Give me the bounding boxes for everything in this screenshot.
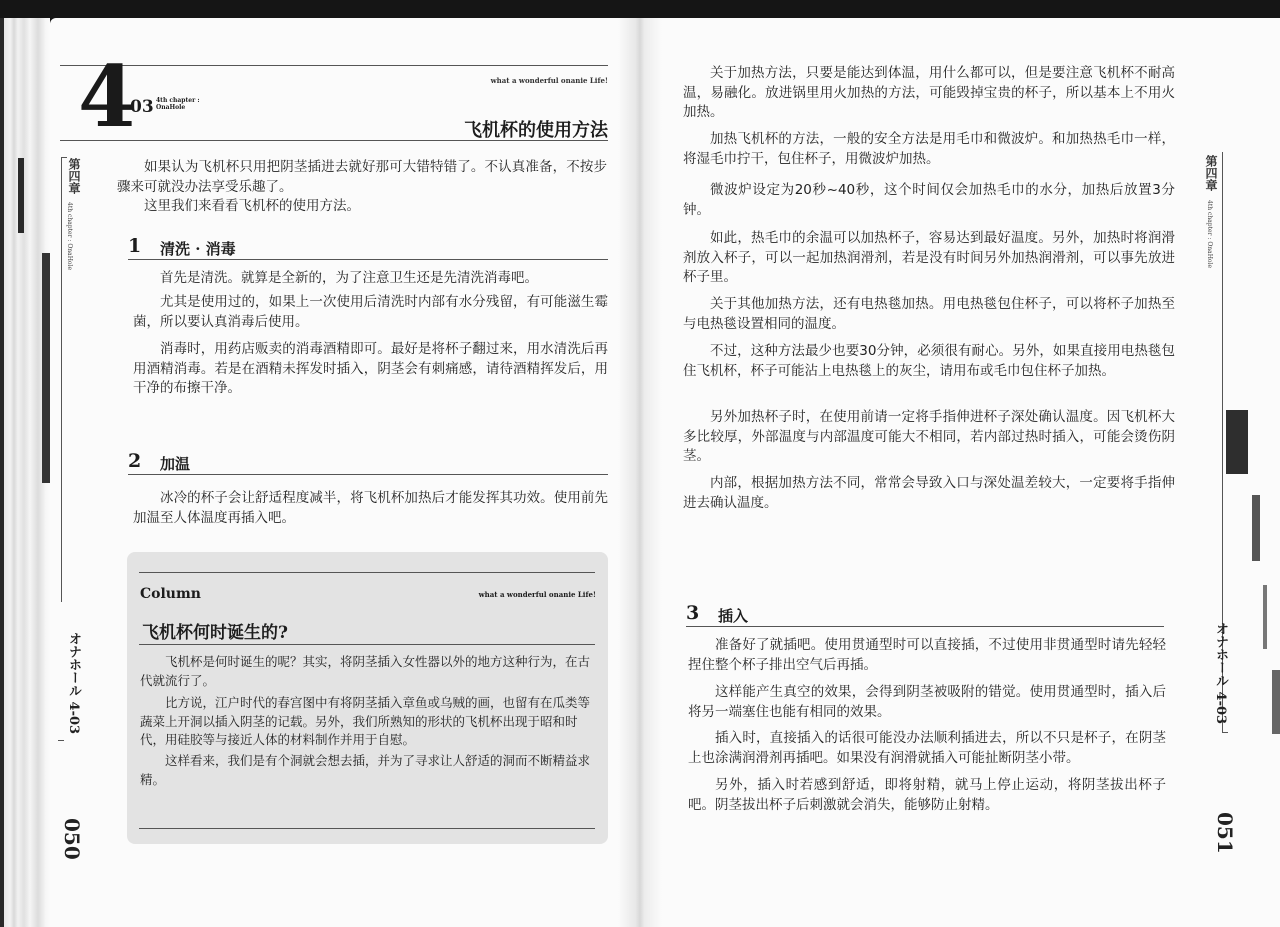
page-number-right: 051 [1213,812,1237,854]
edge-thumb-tab [42,253,50,483]
section-paragraph: 准备好了就插吧。使用贯通型时可以直接插，不过使用非贯通型时请先轻轻捏住整个杯子排… [688,636,1166,675]
body-paragraph: 内部，根据加热方法不同，常常会导致入口与深处温差较大，一定要将手指伸进去确认温度… [683,474,1175,513]
section-paragraph: 插入时，直接插入的话很可能没办法顺利插进去，所以不只是杯子，在阴茎上也涂满润滑剂… [688,729,1166,768]
body-paragraph: 如此，热毛巾的余温可以加热杯子，容易达到最好温度。另外，加热时将润滑剂放入杯子，… [683,229,1175,288]
section-paragraph: 尤其是使用过的，如果上一次使用后清洗时内部有水分残留，有可能滋生霉菌，所以要认真… [133,293,608,332]
section-paragraph: 这样能产生真空的效果，会得到阴茎被吸附的错觉。使用贯通型时，插入后将另一端塞住也… [688,683,1166,722]
body-paragraph: 另外加热杯子时，在使用前请一定将手指伸进杯子深处确认温度。因飞机杯大多比较厚，外… [683,408,1175,467]
column-bottom-rule [139,828,595,829]
section-number: 2 [128,450,141,472]
right-chapter-tab: 第四章 [1203,155,1220,191]
body-paragraph: 关于其他加热方法，还有电热毯加热。用电热毯包住杯子，可以将杯子加热至与电热毯设置… [683,295,1175,334]
section-title: 清洗 · 消毒 [160,238,236,259]
left-chapter-tab: 第四章 [66,158,83,194]
section-title: 加温 [160,453,190,474]
column-top-rule [139,572,595,573]
page-title: 飞机杯的使用方法 [464,116,608,142]
page-edge-stack [0,18,50,927]
column-box: Column what a wonderful onanie Life! 飞机杯… [127,552,608,844]
chapter-english-label: 4th chapter : OnaHole [156,97,200,111]
left-running-footer: オナホール 4-03 [64,632,83,734]
column-label: Column [140,586,201,602]
header-tagline: what a wonderful onanie Life! [491,76,608,85]
section-paragraph: 消毒时，用药店贩卖的消毒酒精即可。最好是将杯子翻过来，用水清洗后再用酒精消毒。若… [133,340,608,399]
column-title: 飞机杯何时诞生的? [142,618,288,643]
section-heading-1: 1 清洗 · 消毒 [128,238,608,260]
header-bottom-rule [60,140,608,141]
edge-thumb-tab [18,158,24,233]
body-paragraph: 加热飞机杯的方法，一般的安全方法是用毛巾和微波炉。和加热热毛巾一样，将湿毛巾拧干… [683,130,1175,169]
page-number-left: 050 [60,818,84,860]
intro-paragraph: 这里我们来看看飞机杯的使用方法。 [117,197,607,217]
column-tagline: what a wonderful onanie Life! [479,590,596,599]
chapter-suffix: -03 [123,97,154,117]
right-chapter-tab-english: 4th chapter : OnaHole [1206,200,1213,268]
right-running-footer: オナホール 4-03 [1211,622,1230,724]
body-paragraph: 微波炉设定为20秒~40秒，这个时间仅会加热毛巾的水分，加热后放置3分钟。 [683,181,1175,220]
right-footer-hook [1222,732,1228,733]
thumb-index-mark [1263,585,1267,649]
column-paragraph: 飞机杯是何时诞生的呢？其实，将阴茎插入女性器以外的地方这种行为，在古代就流行了。 [140,653,598,690]
section-heading-3: 3 插入 [686,605,1164,627]
section-paragraph: 首先是清洗。就算是全新的，为了注意卫生还是先清洗消毒吧。 [133,269,608,289]
column-paragraph: 这样看来，我们是有个洞就会想去插，并为了寻求让人舒适的洞而不断精益求精。 [140,752,598,789]
body-paragraph: 关于加热方法，只要是能达到体温，用什么都可以，但是要注意飞机杯不耐高温，易融化。… [683,64,1175,123]
thumb-index-mark [1252,495,1260,561]
section-paragraph: 另外，插入时若感到舒适，即将射精，就马上停止运动，将阴茎拔出杯子吧。阴茎拔出杯子… [688,776,1166,815]
intro-paragraph: 如果认为飞机杯只用把阴茎插进去就好那可大错特错了。不认真准备，不按步骤来可就没办… [117,158,607,197]
body-paragraph: 不过，这种方法最少也要30分钟，必须很有耐心。另外，如果直接用电热毯包住飞机杯，… [683,342,1175,381]
column-paragraph: 比方说，江户时代的春宫图中有将阴茎插入章鱼或乌贼的画，也留有在瓜类等蔬菜上开洞以… [140,694,598,750]
left-footer-hook [58,740,64,741]
header-top-rule [60,65,608,66]
section-number: 1 [128,235,141,257]
left-side-rule [61,157,62,602]
section-heading-2: 2 加温 [128,453,608,475]
section-number: 3 [686,602,699,624]
thumb-index-mark [1272,670,1280,734]
thumb-index-active [1226,410,1248,474]
column-title-rule [139,644,595,645]
section-paragraph: 冰冷的杯子会让舒适程度减半，将飞机杯加热后才能发挥其功效。使用前先加温至人体温度… [133,489,608,528]
book-gutter [618,18,662,927]
left-chapter-tab-english: 4th chapter : OnaHole [66,202,73,270]
section-title: 插入 [718,605,748,626]
